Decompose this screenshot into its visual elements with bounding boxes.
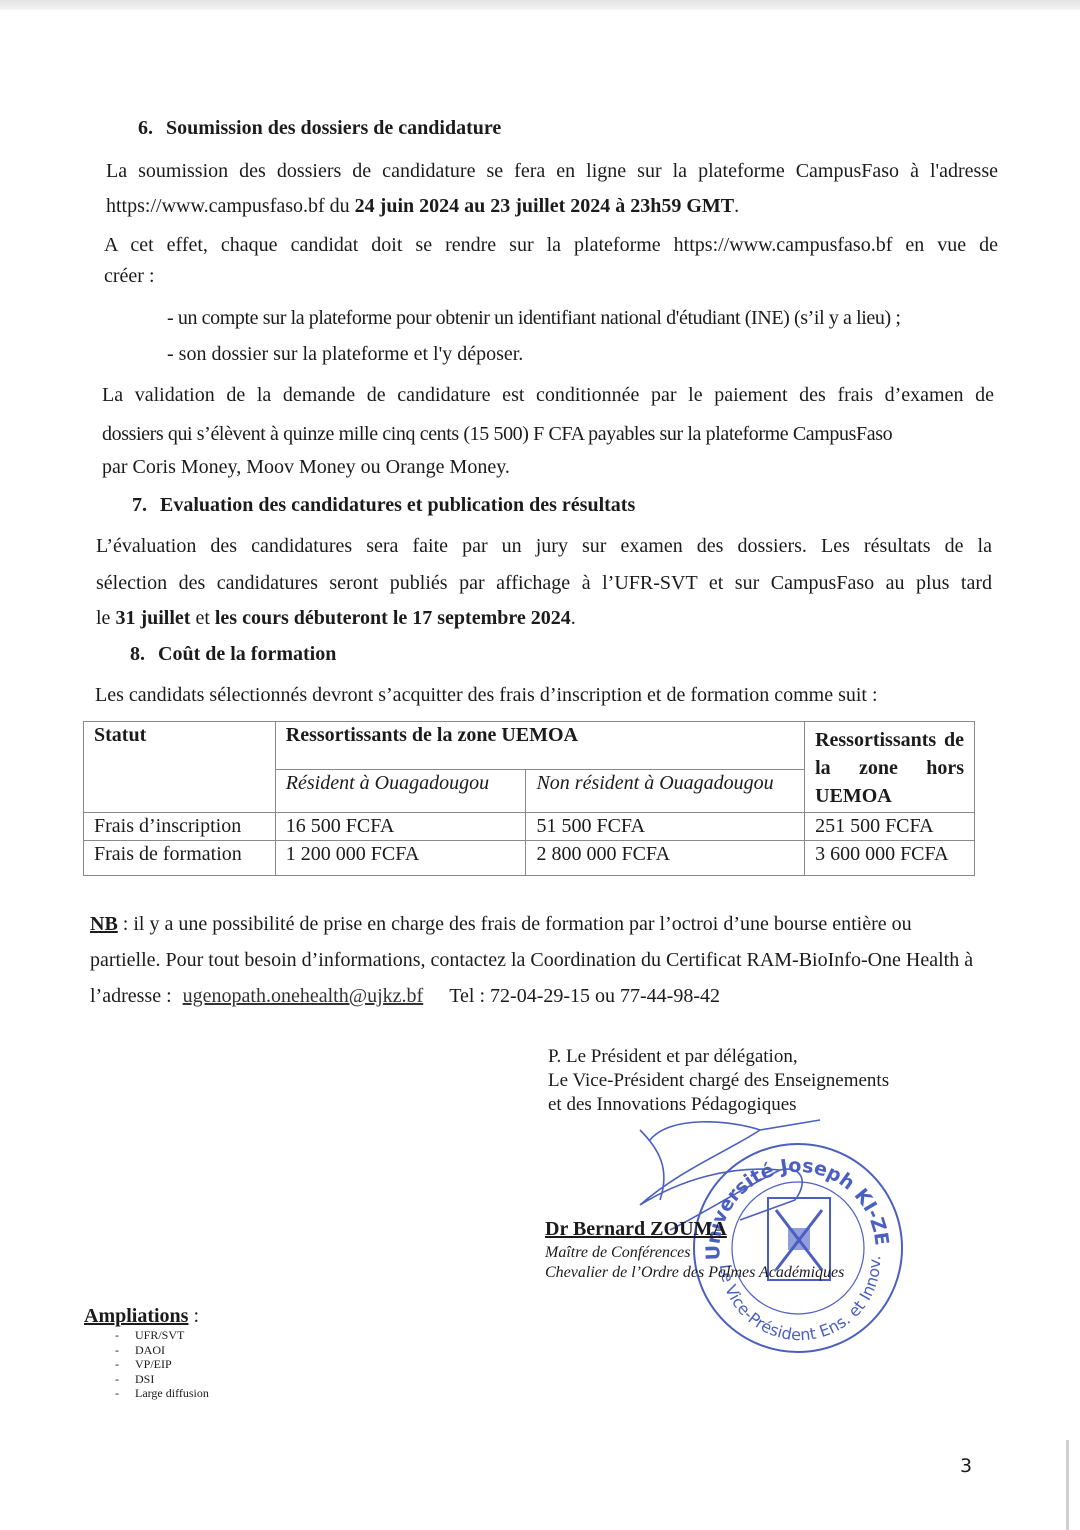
row-label: Frais d’inscription <box>84 813 276 841</box>
paragraph-line: https://www.campusfaso.bf du 24 juin 202… <box>106 195 739 218</box>
paragraph-line: par Coris Money, Moov Money ou Orange Mo… <box>102 456 510 479</box>
contact-phone: Tel : 72-04-29-15 ou 77-44-98-42 <box>449 985 720 1007</box>
nb-label: NB <box>90 913 118 935</box>
paragraph-line: La validation de la demande de candidatu… <box>102 384 994 407</box>
paragraph-line: sélection des candidatures seront publié… <box>96 572 992 595</box>
paragraph-line: La soumission des dossiers de candidatur… <box>106 160 998 183</box>
paragraph-line: dossiers qui s’élèvent à quinze mille ci… <box>102 423 892 446</box>
cell-non-resident: 51 500 FCFA <box>526 813 805 841</box>
text: et <box>190 607 214 629</box>
paragraph-line: le 31 juillet et les cours débuteront le… <box>96 607 576 630</box>
section-8-heading: 8.Coût de la formation <box>130 643 336 666</box>
signature-line: P. Le Président et par délégation, <box>548 1045 889 1069</box>
section-number: 8. <box>130 643 158 666</box>
signature-block: P. Le Président et par délégation, Le Vi… <box>548 1045 889 1117</box>
cell-resident: 16 500 FCFA <box>275 813 526 841</box>
text: . <box>571 607 576 629</box>
cell-non-resident: 2 800 000 FCFA <box>526 841 805 876</box>
row-label: Frais de formation <box>84 841 276 876</box>
cell-hors: 251 500 FCFA <box>805 813 975 841</box>
list-item: Large diffusion <box>115 1386 209 1401</box>
list-item: DSI <box>115 1372 209 1387</box>
ampliations-heading: Ampliations : <box>84 1305 199 1328</box>
signatory-distinction: Chevalier de l’Ordre des Palmes Académiq… <box>545 1264 844 1282</box>
text: https://www.campusfaso.bf du <box>106 195 355 217</box>
header-statut: Statut <box>84 722 276 813</box>
text: le <box>96 607 115 629</box>
start-date-bold: les cours débuteront le 17 septembre 202… <box>215 607 571 629</box>
table-header-row: Statut Ressortissants de la zone UEMOA R… <box>84 722 975 770</box>
top-scan-border <box>0 0 1080 10</box>
text: . <box>734 195 739 217</box>
paragraph-line: L’évaluation des candidatures sera faite… <box>96 535 992 558</box>
signatory-title: Maître de Conférences <box>545 1244 690 1262</box>
bullet-item: - un compte sur la plateforme pour obten… <box>167 307 901 330</box>
section-title: Evaluation des candidatures et publicati… <box>160 494 635 516</box>
section-title: Soumission des dossiers de candidature <box>166 117 501 139</box>
paragraph-line: créer : <box>104 265 155 288</box>
header-uemoa: Ressortissants de la zone UEMOA <box>275 722 804 770</box>
table-row: Frais de formation 1 200 000 FCFA 2 800 … <box>84 841 975 876</box>
list-item: DAOI <box>115 1343 209 1358</box>
nb-note: NB : il y a une possibilité de prise en … <box>90 906 982 1014</box>
paragraph-line: Les candidats sélectionnés devront s’acq… <box>95 684 878 707</box>
table-row: Frais d’inscription 16 500 FCFA 51 500 F… <box>84 813 975 841</box>
section-number: 6. <box>138 117 166 140</box>
bullet-item: - son dossier sur la plateforme et l'y d… <box>167 343 523 366</box>
cell-resident: 1 200 000 FCFA <box>275 841 526 876</box>
signatory-name: Dr Bernard ZOUMA <box>545 1218 727 1241</box>
list-item: UFR/SVT <box>115 1328 209 1343</box>
right-scan-edge <box>1066 1440 1069 1530</box>
ampliations-list: UFR/SVT DAOI VP/EIP DSI Large diffusion <box>115 1328 209 1401</box>
list-item: VP/EIP <box>115 1357 209 1372</box>
contact-email-link[interactable]: ugenopath.onehealth@ujkz.bf <box>183 985 424 1007</box>
section-title: Coût de la formation <box>158 643 336 665</box>
page-number: 3 <box>960 1455 972 1477</box>
ampliations-title: Ampliations <box>84 1305 188 1327</box>
section-number: 7. <box>132 494 160 517</box>
cell-hors: 3 600 000 FCFA <box>805 841 975 876</box>
deadline-bold: 24 juin 2024 au 23 juillet 2024 à 23h59 … <box>355 195 734 217</box>
signature-line: Le Vice-Président chargé des Enseignemen… <box>548 1069 889 1093</box>
date-bold: 31 juillet <box>115 607 190 629</box>
paragraph-line: A cet effet, chaque candidat doit se ren… <box>104 234 998 257</box>
section-6-heading: 6.Soumission des dossiers de candidature <box>138 117 501 140</box>
subheader-non-resident: Non résident à Ouagadougou <box>526 770 805 813</box>
section-7-heading: 7.Evaluation des candidatures et publica… <box>132 494 635 517</box>
subheader-resident: Résident à Ouagadougou <box>275 770 526 813</box>
header-hors-uemoa: Ressortissants de la zone hors UEMOA <box>805 722 975 813</box>
fees-table: Statut Ressortissants de la zone UEMOA R… <box>83 721 975 876</box>
